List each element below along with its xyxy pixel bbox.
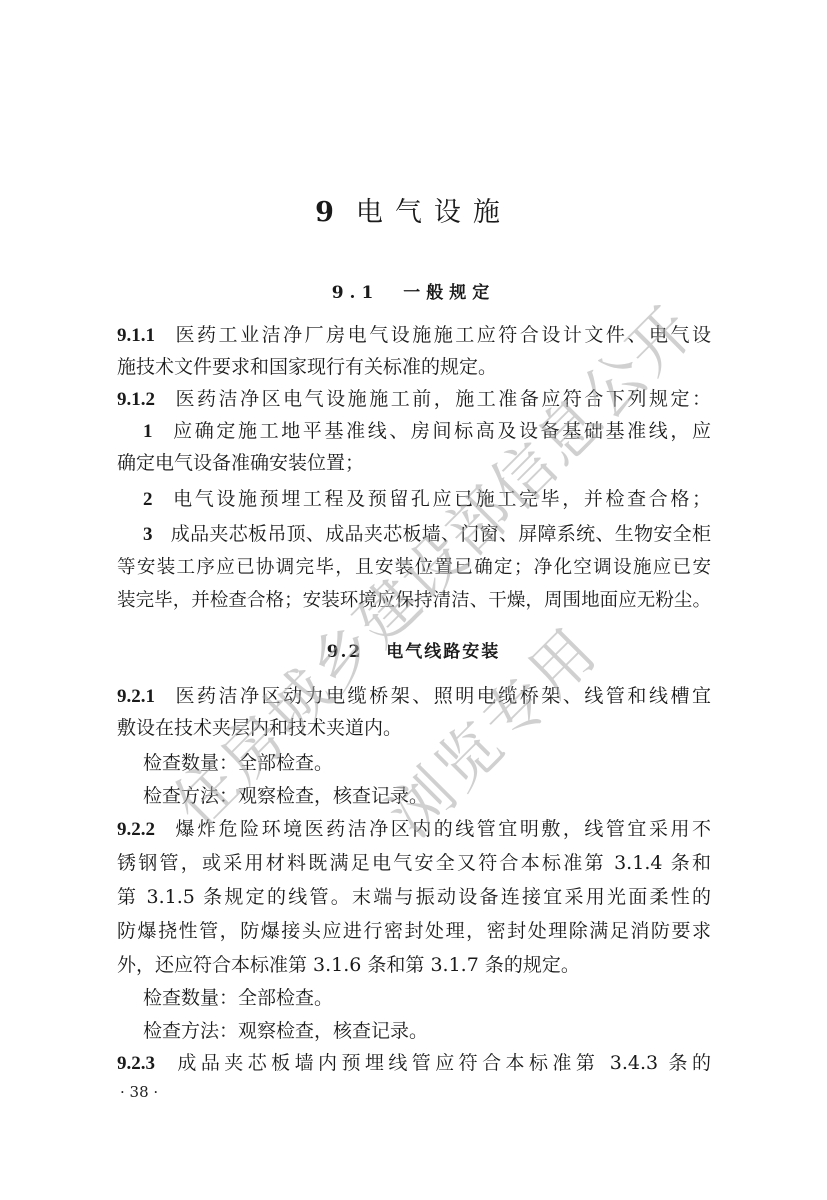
clause-number: 9.2.1 [117,686,155,707]
document-page: 9电气设施 9.1一般规定 9.1.1医药工业洁净厂房电气设施施工应符合设计文件… [0,0,827,1200]
clause-number: 9.1.1 [117,325,155,346]
section-number: 9.1 [332,283,380,303]
item-number: 2 [143,489,153,510]
clause-text: 医药工业洁净厂房电气设施施工应符合设计文件、电气设 [173,324,711,346]
item-number: 1 [143,421,153,442]
clause-9-2-1-inspection-quantity: 检查数量：全部检查。 [117,750,737,776]
item-text: 应确定施工地平基准线、房间标高及设备基础基准线，应 [171,420,712,442]
clause-text: 爆炸危险环境医药洁净区内的线管宜明敷，线管宜采用不 [173,818,711,840]
clause-text: 医药洁净区动力电缆桥架、照明电缆桥架、线管和线槽宜 [173,685,711,707]
item-3-line-3: 装完毕，并检查合格；安装环境应保持清洁、干燥，周围地面应无粉尘。 [117,588,711,614]
clause-9-2-1-inspection-method: 检查方法：观察检查，核查记录。 [117,783,737,809]
chapter-title-text: 电气设施 [356,197,512,228]
clause-text: 医药洁净区电气设施施工前，施工准备应符合下列规定： [173,388,711,410]
item-text: 电气设施预埋工程及预留孔应已施工完毕，并检查合格； [171,488,712,510]
clause-9-1-1-line-1: 9.1.1医药工业洁净厂房电气设施施工应符合设计文件、电气设 [117,322,711,349]
clause-9-2-3-line-1: 9.2.3成品夹芯板墙内预埋线管应符合本标准第 3.4.3 条的 [117,1050,711,1077]
section-number: 9.2 [327,642,363,662]
item-2-line-1: 2电气设施预埋工程及预留孔应已施工完毕，并检查合格； [117,486,711,513]
section-title-text: 一般规定 [403,283,495,303]
section-title-9-1: 9.1一般规定 [0,278,827,303]
chapter-title: 9电气设施 [0,190,827,229]
clause-9-2-2-line-5: 外，还应符合本标准第 3.1.6 条和第 3.1.7 条的规定。 [117,952,711,978]
clause-number: 9.2.2 [117,819,155,840]
clause-9-2-2-line-3: 第 3.1.5 条规定的线管。末端与振动设备连接宜采用光面柔性的 [117,884,711,910]
clause-9-1-2-line-1: 9.1.2医药洁净区电气设施施工前，施工准备应符合下列规定： [117,386,711,413]
clause-9-2-1-line-1: 9.2.1医药洁净区动力电缆桥架、照明电缆桥架、线管和线槽宜 [117,683,711,710]
chapter-number: 9 [315,197,334,228]
item-number: 3 [143,524,153,545]
clause-number: 9.2.3 [117,1053,155,1074]
item-3-line-2: 等安装工序应已协调完毕，且安装位置已确定；净化空调设施应已安 [117,555,711,581]
page-number: · 38 · [120,1083,158,1101]
clause-9-2-2-inspection-method: 检查方法：观察检查，核查记录。 [117,1018,737,1044]
section-title-text: 电气线路安装 [386,642,500,662]
clause-9-2-2-line-1: 9.2.2爆炸危险环境医药洁净区内的线管宜明敷，线管宜采用不 [117,816,711,843]
clause-text: 成品夹芯板墙内预埋线管应符合本标准第 3.4.3 条的 [173,1052,711,1074]
item-1-line-1: 1应确定施工地平基准线、房间标高及设备基础基准线，应 [117,418,711,445]
clause-9-2-1-line-2: 敷设在技术夹层内和技术夹道内。 [117,715,711,741]
clause-number: 9.1.2 [117,389,155,410]
section-title-9-2: 9.2电气线路安装 [0,637,827,662]
clause-9-2-2-line-4: 防爆挠性管，防爆接头应进行密封处理，密封处理除满足消防要求 [117,918,711,944]
clause-9-2-2-line-2: 锈钢管，或采用材料既满足电气安全又符合本标准第 3.1.4 条和 [117,850,711,876]
clause-9-2-2-inspection-quantity: 检查数量：全部检查。 [117,985,737,1011]
item-text: 成品夹芯板吊顶、成品夹芯板墙、门窗、屏障系统、生物安全柜 [171,523,712,545]
item-1-line-2: 确定电气设备准确安装位置； [117,450,711,476]
clause-9-1-1-line-2: 施技术文件要求和国家现行有关标准的规定。 [117,354,711,380]
item-3-line-1: 3成品夹芯板吊顶、成品夹芯板墙、门窗、屏障系统、生物安全柜 [117,521,711,548]
